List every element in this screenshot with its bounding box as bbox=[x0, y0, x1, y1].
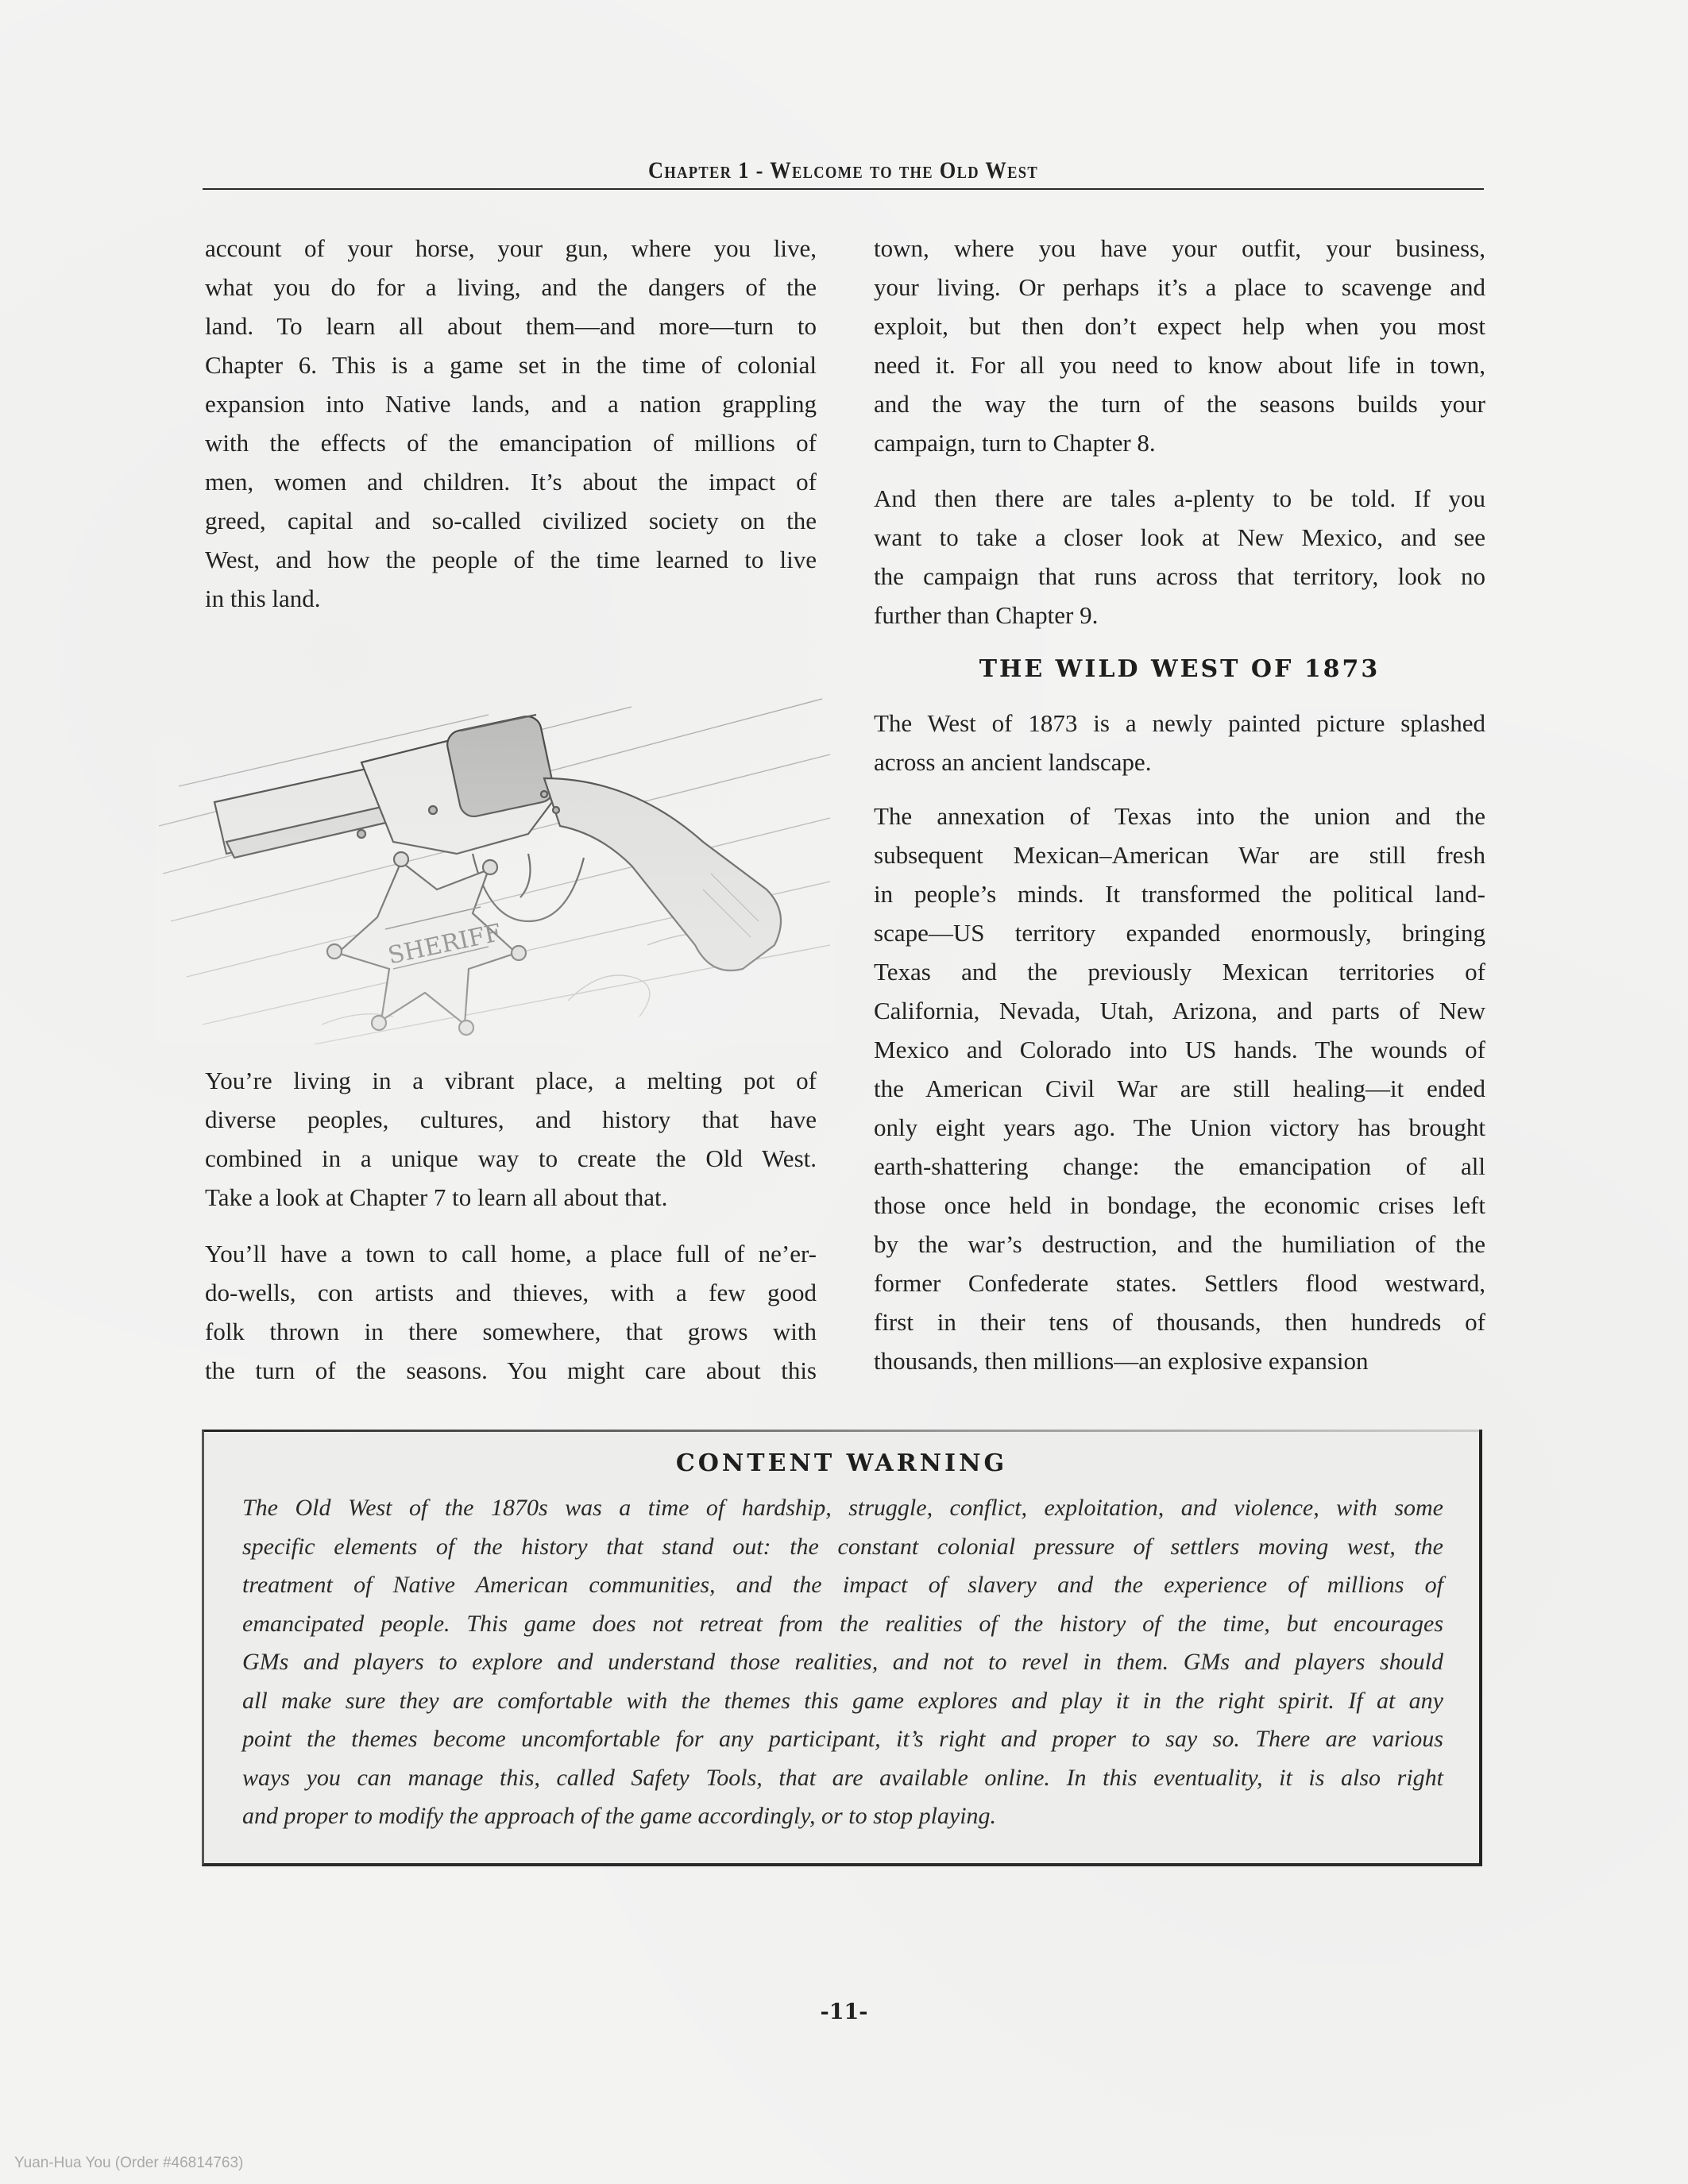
text-line: your living. Or perhaps it’s a place to … bbox=[874, 268, 1485, 307]
text-line: campaign, turn to Chapter 8. bbox=[874, 423, 1485, 462]
text-line: earth-shattering change: the emancipatio… bbox=[874, 1147, 1485, 1186]
text-line: The annexation of Texas into the union a… bbox=[874, 797, 1485, 835]
right-paragraph-1: town, where you have your outfit, your b… bbox=[874, 229, 1485, 462]
text-line: specific elements of the history that st… bbox=[242, 1528, 1443, 1567]
text-line: Chapter 6. This is a game set in the tim… bbox=[205, 345, 817, 384]
text-line: and the way the turn of the seasons buil… bbox=[874, 384, 1485, 423]
text-line: what you do for a living, and the danger… bbox=[205, 268, 817, 307]
text-line: treatment of Native American communities… bbox=[242, 1566, 1443, 1605]
text-line: expansion into Native lands, and a natio… bbox=[205, 384, 817, 423]
text-line: You’re living in a vibrant place, a melt… bbox=[205, 1061, 817, 1100]
text-line: do-wells, con artists and thieves, with … bbox=[205, 1273, 817, 1312]
text-line: point the themes become uncomfortable fo… bbox=[242, 1720, 1443, 1759]
right-paragraph-2: And then there are tales a-plenty to be … bbox=[874, 479, 1485, 635]
text-line: combined in a unique way to create the O… bbox=[205, 1139, 817, 1178]
text-line: those once held in bondage, the economic… bbox=[874, 1186, 1485, 1225]
text-line: the turn of the seasons. You might care … bbox=[205, 1351, 817, 1390]
text-line: Take a look at Chapter 7 to learn all ab… bbox=[205, 1178, 817, 1217]
content-warning-box: CONTENT WARNING The Old West of the 1870… bbox=[202, 1430, 1482, 1866]
text-line: the campaign that runs across that terri… bbox=[874, 557, 1485, 596]
order-watermark: Yuan-Hua You (Order #46814763) bbox=[14, 2155, 243, 2172]
text-line: want to take a closer look at New Mexico… bbox=[874, 518, 1485, 557]
text-line: scape—US territory expanded enormously, … bbox=[874, 913, 1485, 952]
text-line: need it. For all you need to know about … bbox=[874, 345, 1485, 384]
text-line: former Confederate states. Settlers floo… bbox=[874, 1264, 1485, 1302]
left-paragraph-2: You’re living in a vibrant place, a melt… bbox=[205, 1061, 817, 1217]
text-line: GMs and players to explore and understan… bbox=[242, 1643, 1443, 1682]
text-line: The West of 1873 is a newly painted pict… bbox=[874, 704, 1485, 743]
text-line: town, where you have your outfit, your b… bbox=[874, 229, 1485, 268]
text-line: by the war’s destruction, and the humili… bbox=[874, 1225, 1485, 1264]
text-line: ways you can manage this, called Safety … bbox=[242, 1759, 1443, 1798]
text-line: The Old West of the 1870s was a time of … bbox=[242, 1489, 1443, 1528]
text-line: in this land. bbox=[205, 579, 817, 618]
text-line: and proper to modify the approach of the… bbox=[242, 1797, 1443, 1836]
header-rule bbox=[203, 188, 1484, 190]
content-warning-title: CONTENT WARNING bbox=[204, 1449, 1479, 1477]
text-line: exploit, but then don’t expect help when… bbox=[874, 307, 1485, 345]
text-line: greed, capital and so-called civilized s… bbox=[205, 501, 817, 540]
text-line: further than Chapter 9. bbox=[874, 596, 1485, 635]
text-line: Mexico and Colorado into US hands. The w… bbox=[874, 1030, 1485, 1069]
text-line: California, Nevada, Utah, Arizona, and p… bbox=[874, 991, 1485, 1030]
text-line: You’ll have a town to call home, a place… bbox=[205, 1234, 817, 1273]
text-line: diverse peoples, cultures, and history t… bbox=[205, 1100, 817, 1139]
text-line: thousands, then millions—an explosive ex… bbox=[874, 1341, 1485, 1380]
text-line: only eight years ago. The Union victory … bbox=[874, 1108, 1485, 1147]
text-line: land. To learn all about them—and more—t… bbox=[205, 307, 817, 345]
text-line: emancipated people. This game does not r… bbox=[242, 1605, 1443, 1644]
running-header: Chapter 1 - Welcome to the Old West bbox=[280, 157, 1407, 184]
text-line: first in their tens of thousands, then h… bbox=[874, 1302, 1485, 1341]
text-line: West, and how the people of the time lea… bbox=[205, 540, 817, 579]
revolver-and-sheriff-badge-illustration: SHERIFF bbox=[155, 683, 834, 1044]
text-line: the American Civil War are still healing… bbox=[874, 1069, 1485, 1108]
left-paragraph-1: account of your horse, your gun, where y… bbox=[205, 229, 817, 618]
sketch-illustration-icon: SHERIFF bbox=[155, 683, 834, 1044]
content-warning-body: The Old West of the 1870s was a time of … bbox=[242, 1489, 1443, 1836]
right-paragraph-3: The West of 1873 is a newly painted pict… bbox=[874, 704, 1485, 781]
text-line: with the effects of the emancipation of … bbox=[205, 423, 817, 462]
section-heading: THE WILD WEST OF 1873 bbox=[874, 655, 1485, 683]
text-line: And then there are tales a-plenty to be … bbox=[874, 479, 1485, 518]
text-line: Texas and the previously Mexican territo… bbox=[874, 952, 1485, 991]
text-line: subsequent Mexican–American War are stil… bbox=[874, 835, 1485, 874]
text-line: in people’s minds. It transformed the po… bbox=[874, 874, 1485, 913]
text-line: men, women and children. It’s about the … bbox=[205, 462, 817, 501]
text-line: account of your horse, your gun, where y… bbox=[205, 229, 817, 268]
page-number: -11- bbox=[0, 2000, 1688, 2024]
left-paragraph-3: You’ll have a town to call home, a place… bbox=[205, 1234, 817, 1390]
right-paragraph-4: The annexation of Texas into the union a… bbox=[874, 797, 1485, 1380]
text-line: across an ancient landscape. bbox=[874, 743, 1485, 781]
text-line: all make sure they are comfortable with … bbox=[242, 1682, 1443, 1721]
text-line: folk thrown in there somewhere, that gro… bbox=[205, 1312, 817, 1351]
